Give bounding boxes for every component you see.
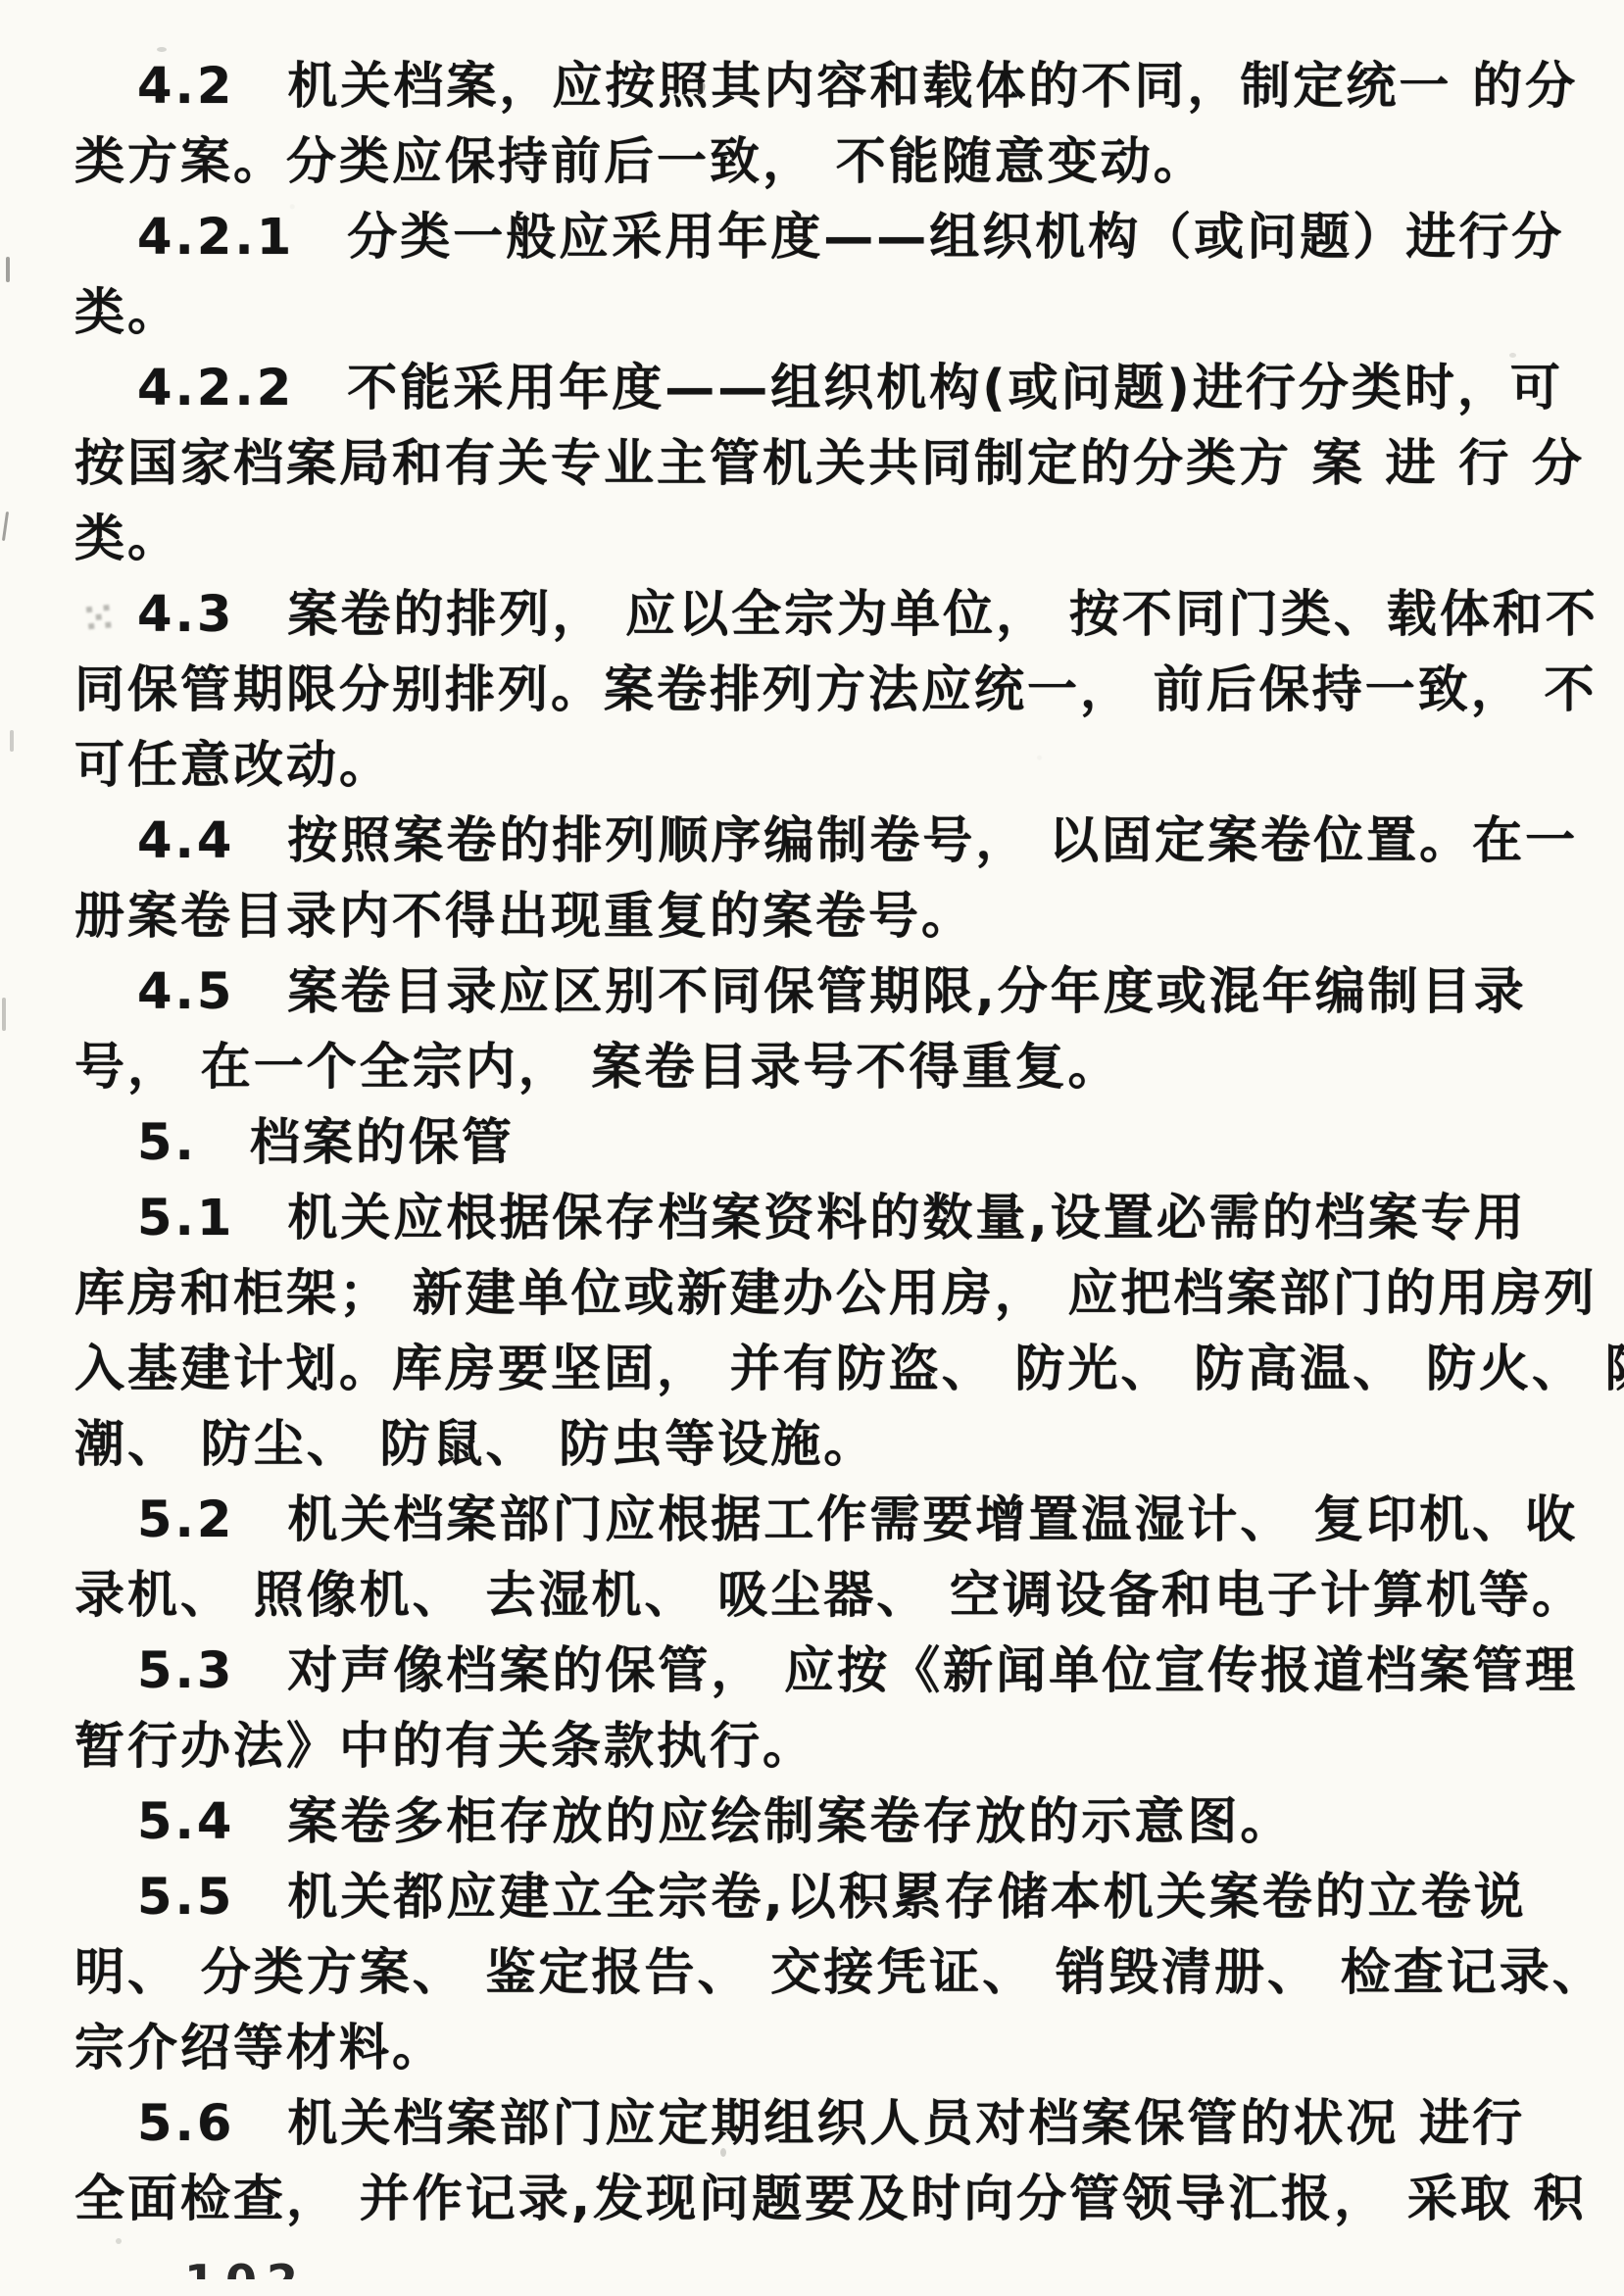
text-line: 宗介绍等材料。 <box>74 2011 1569 2086</box>
scan-artifact <box>2 998 6 1031</box>
text-line: 4.2 机关档案，应按照其内容和载体的不同，制定统一 的分 <box>74 49 1569 124</box>
text-line: 按国家档案局和有关专业主管机关共同制定的分类方 案 进 行 分 <box>74 426 1569 502</box>
text-line: 4.2.2 不能采用年度——组织机构(或问题)进行分类时，可 <box>74 351 1569 426</box>
text-line: 类。 <box>74 275 1569 351</box>
text-line: 4.3 案卷的排列， 应以全宗为单位， 按不同门类、载体和不 <box>74 577 1569 653</box>
text-line: 明、 分类方案、 鉴定报告、 交接凭证、 销毁清册、 检查记录、 全 <box>74 1935 1569 2011</box>
page-number-cropped: 102 <box>184 2259 341 2279</box>
text-line: 5.1 机关应根据保存档案资料的数量,设置必需的档案专用 <box>74 1181 1569 1256</box>
text-line: 可任意改动。 <box>74 728 1569 804</box>
text-line: 5.5 机关都应建立全宗卷,以积累存储本机关案卷的立卷说 <box>74 1860 1569 1935</box>
text-line: 册案卷目录内不得出现重复的案卷号。 <box>74 879 1569 954</box>
scan-artifact <box>10 730 14 752</box>
text-line: 4.4 按照案卷的排列顺序编制卷号， 以固定案卷位置。在一 <box>74 804 1569 879</box>
scan-artifact <box>6 257 10 282</box>
text-line: 同保管期限分别排列。案卷排列方法应统一， 前后保持一致， 不 <box>74 653 1569 728</box>
page-number-text: 102 <box>184 2259 341 2279</box>
text-line: 5.4 案卷多柜存放的应绘制案卷存放的示意图。 <box>74 1784 1569 1860</box>
scan-artifact <box>2 512 9 541</box>
text-line: 库房和柜架； 新建单位或新建办公用房， 应把档案部门的用房列 <box>74 1256 1569 1332</box>
document-body: 4.2 机关档案，应按照其内容和载体的不同，制定统一 的分类方案。分类应保持前后… <box>74 49 1569 2237</box>
text-line: 潮、 防尘、 防鼠、 防虫等设施。 <box>74 1407 1569 1483</box>
text-line: 5.2 机关档案部门应根据工作需要增置温湿计、 复印机、收 <box>74 1483 1569 1558</box>
text-line: 录机、 照像机、 去湿机、 吸尘器、 空调设备和电子计算机等。 <box>74 1558 1569 1634</box>
text-line: 入基建计划。库房要坚固， 并有防盗、 防光、 防高温、 防火、 防 <box>74 1332 1569 1407</box>
text-line: 类。 <box>74 502 1569 577</box>
text-line: 5. 档案的保管 <box>74 1105 1569 1181</box>
text-line: 全面检查， 并作记录,发现问题要及时向分管领导汇报， 采取 积 <box>74 2162 1569 2237</box>
text-line: 4.2.1 分类一般应采用年度——组织机构（或问题）进行分 <box>74 200 1569 275</box>
text-line: 类方案。分类应保持前后一致， 不能随意变动。 <box>74 124 1569 200</box>
scan-artifact <box>116 2238 122 2244</box>
text-line: 5.3 对声像档案的保管， 应按《新闻单位宣传报道档案管理 <box>74 1634 1569 1709</box>
text-line: 号， 在一个全宗内， 案卷目录号不得重复。 <box>74 1030 1569 1105</box>
text-line: 暂行办法》中的有关条款执行。 <box>74 1709 1569 1784</box>
scanned-page: 4.2 机关档案，应按照其内容和载体的不同，制定统一 的分类方案。分类应保持前后… <box>0 0 1624 2296</box>
text-line: 4.5 案卷目录应区别不同保管期限,分年度或混年编制目录 <box>74 954 1569 1030</box>
text-line: 5.6 机关档案部门应定期组织人员对档案保管的状况 进行 <box>74 2086 1569 2162</box>
